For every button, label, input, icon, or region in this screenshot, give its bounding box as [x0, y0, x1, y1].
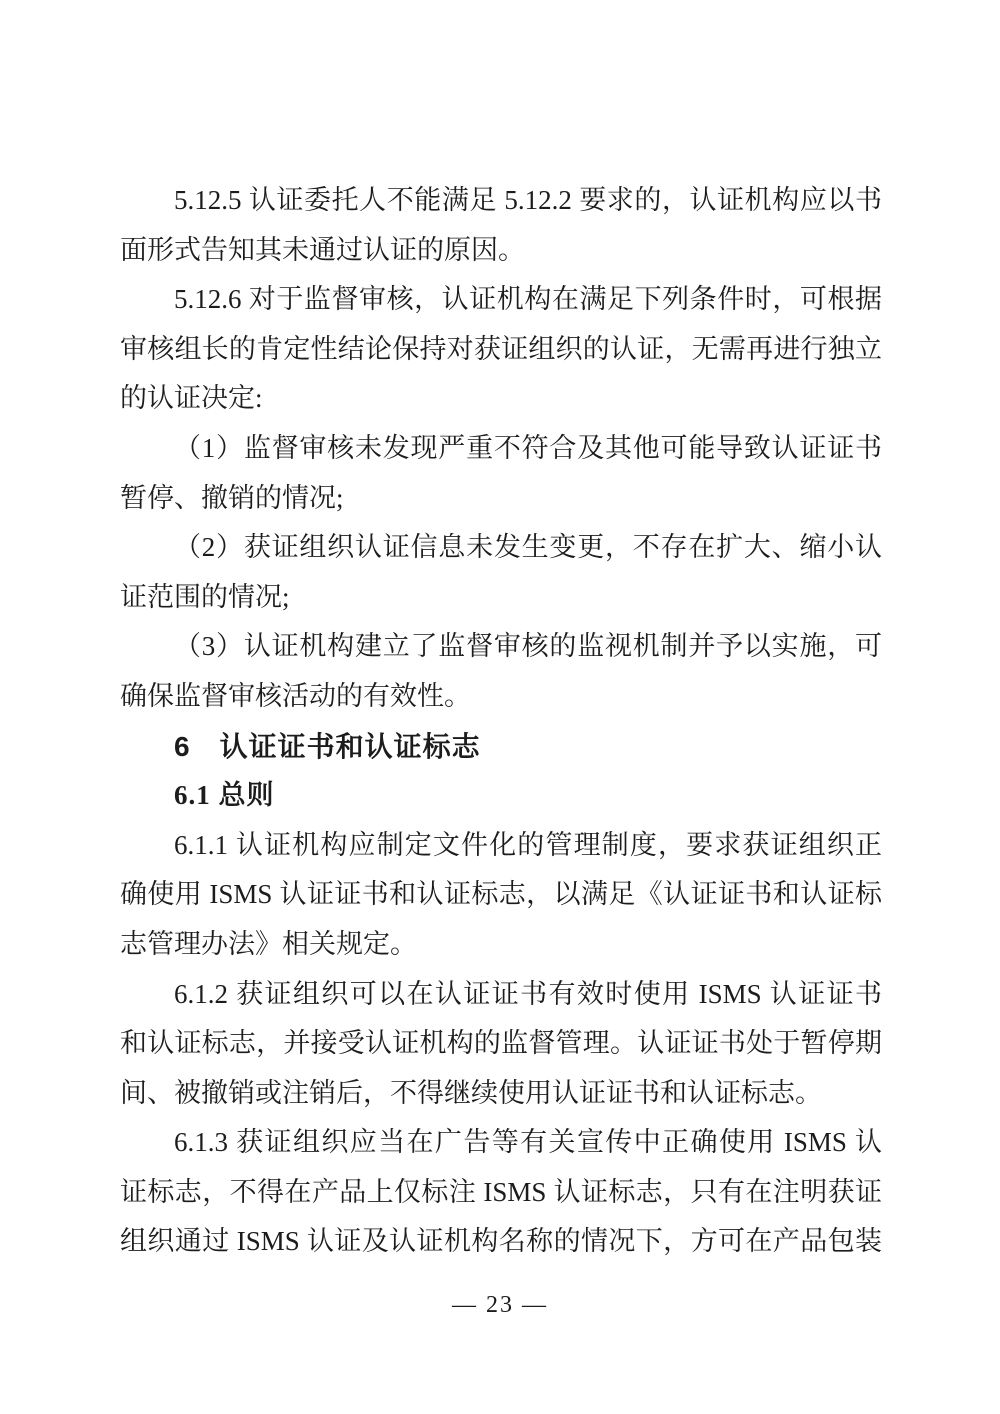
subsection-heading: 6.1 总则: [120, 771, 882, 821]
paragraph-line: 审核组长的肯定性结论保持对获证组织的认证，无需再进行独立: [120, 325, 882, 375]
subsection-heading-line: 6.1 总则: [120, 771, 882, 821]
paragraph: （2）获证组织认证信息未发生变更，不存在扩大、缩小认证范围的情况;: [120, 523, 882, 622]
paragraph-line: 6.1.1 认证机构应制定文件化的管理制度，要求获证组织正: [120, 821, 882, 871]
paragraph-line: 暂停、撤销的情况;: [120, 474, 882, 524]
paragraph-line: 6.1.2 获证组织可以在认证证书有效时使用 ISMS 认证证书: [120, 970, 882, 1020]
paragraph: 6.1.3 获证组织应当在广告等有关宣传中正确使用 ISMS 认证标志，不得在产…: [120, 1118, 882, 1267]
paragraph: 5.12.6 对于监督审核，认证机构在满足下列条件时，可根据审核组长的肯定性结论…: [120, 275, 882, 424]
document-content: 5.12.5 认证委托人不能满足 5.12.2 要求的，认证机构应以书面形式告知…: [120, 176, 882, 1267]
paragraph-line: （3）认证机构建立了监督审核的监视机制并予以实施，可: [120, 622, 882, 672]
paragraph-line: 组织通过 ISMS 认证及认证机构名称的情况下，方可在产品包装: [120, 1217, 882, 1267]
paragraph: 6.1.2 获证组织可以在认证证书有效时使用 ISMS 认证证书和认证标志，并接…: [120, 970, 882, 1119]
paragraph: 6.1.1 认证机构应制定文件化的管理制度，要求获证组织正确使用 ISMS 认证…: [120, 821, 882, 970]
paragraph-line: 确保监督审核活动的有效性。: [120, 672, 882, 722]
paragraph: 5.12.5 认证委托人不能满足 5.12.2 要求的，认证机构应以书面形式告知…: [120, 176, 882, 275]
document-page: 5.12.5 认证委托人不能满足 5.12.2 要求的，认证机构应以书面形式告知…: [0, 0, 1000, 1414]
paragraph-line: 的认证决定:: [120, 374, 882, 424]
paragraph-line: 5.12.6 对于监督审核，认证机构在满足下列条件时，可根据: [120, 275, 882, 325]
paragraph-line: （2）获证组织认证信息未发生变更，不存在扩大、缩小认: [120, 523, 882, 573]
paragraph-line: 面形式告知其未通过认证的原因。: [120, 226, 882, 276]
paragraph-line: 志管理办法》相关规定。: [120, 920, 882, 970]
paragraph-line: 5.12.5 认证委托人不能满足 5.12.2 要求的，认证机构应以书: [120, 176, 882, 226]
paragraph: （3）认证机构建立了监督审核的监视机制并予以实施，可确保监督审核活动的有效性。: [120, 622, 882, 721]
paragraph-line: 确使用 ISMS 认证证书和认证标志，以满足《认证证书和认证标: [120, 870, 882, 920]
paragraph-line: 6.1.3 获证组织应当在广告等有关宣传中正确使用 ISMS 认: [120, 1118, 882, 1168]
paragraph-line: （1）监督审核未发现严重不符合及其他可能导致认证证书: [120, 424, 882, 474]
section-heading: 6 认证证书和认证标志: [120, 722, 882, 772]
section-heading-line: 6 认证证书和认证标志: [120, 722, 882, 772]
paragraph: （1）监督审核未发现严重不符合及其他可能导致认证证书暂停、撤销的情况;: [120, 424, 882, 523]
paragraph-line: 证范围的情况;: [120, 573, 882, 623]
paragraph-line: 证标志，不得在产品上仅标注 ISMS 认证标志，只有在注明获证: [120, 1168, 882, 1218]
paragraph-line: 间、被撤销或注销后，不得继续使用认证证书和认证标志。: [120, 1069, 882, 1119]
paragraph-line: 和认证标志，并接受认证机构的监督管理。认证证书处于暂停期: [120, 1019, 882, 1069]
page-number: — 23 —: [0, 1292, 1000, 1319]
